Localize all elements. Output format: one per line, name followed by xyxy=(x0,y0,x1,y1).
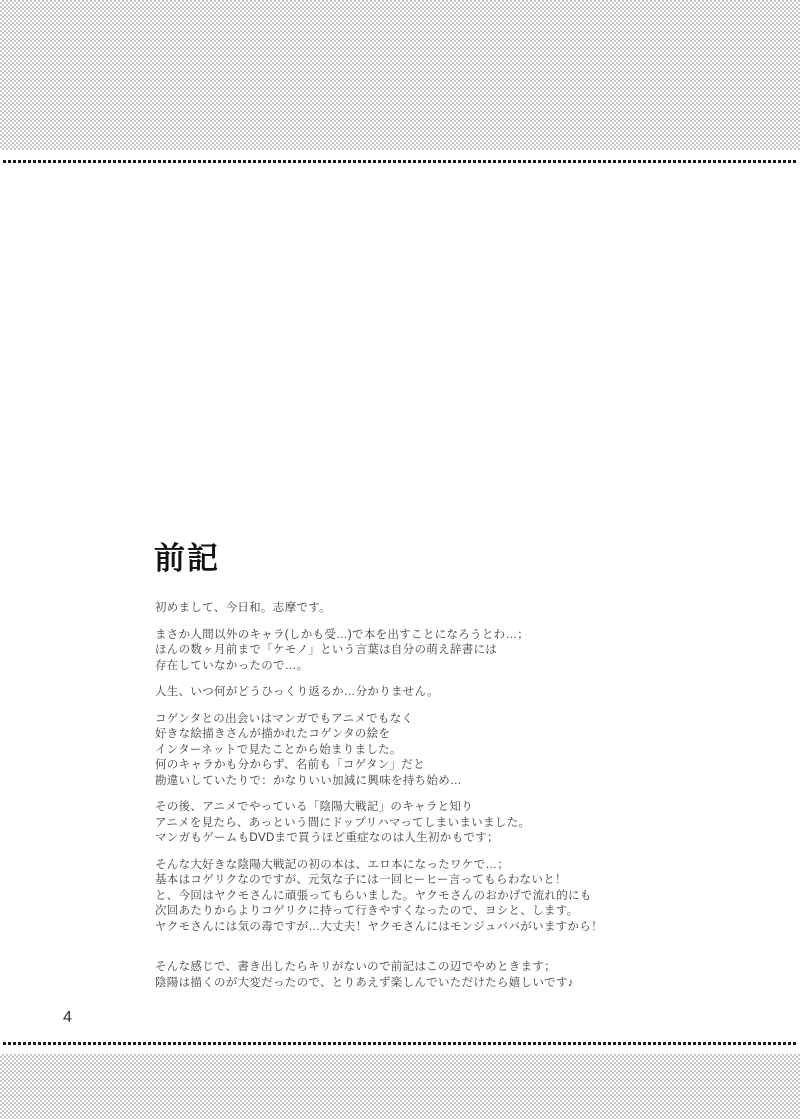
text-line: 何のキャラかも分からず、名前も「コゲタン」だと xyxy=(155,758,675,774)
text-line: 次回あたりからよりコゲリクに持って行きやすくなったので、ヨシと、します。 xyxy=(155,904,675,920)
text-line: 人生、いつ何がどうひっくり返るか…分かりません。 xyxy=(155,685,675,701)
paragraph: そんな感じで、書き出したらキリがないので前記はこの辺でやめときます；陰陽は描くの… xyxy=(155,960,675,991)
text-line: インターネットで見たことから始まりました。 xyxy=(155,743,675,759)
document-page: 前記 初めまして、今日和。志摩です。まさか人間以外のキャラ(しかも受…)で本を出… xyxy=(0,0,800,1119)
body-text: 初めまして、今日和。志摩です。まさか人間以外のキャラ(しかも受…)で本を出すこと… xyxy=(155,601,675,1002)
text-line: 基本はコゲリクなのですが、元気な子には一回ヒーヒー言ってもらわないと！ xyxy=(155,873,675,889)
paragraph: 人生、いつ何がどうひっくり返るか…分かりません。 xyxy=(155,685,675,701)
paragraph: コゲンタとの出会いはマンガでもアニメでもなく好きな絵描きさんが描かれたコゲンタの… xyxy=(155,712,675,790)
text-line: そんな大好きな陰陽大戦記の初の本は、エロ本になったワケで…； xyxy=(155,858,675,874)
page-number: 4 xyxy=(63,1008,72,1028)
dotted-separator-bottom xyxy=(3,1042,797,1045)
text-line: そんな感じで、書き出したらキリがないので前記はこの辺でやめときます； xyxy=(155,960,675,976)
paragraph: まさか人間以外のキャラ(しかも受…)で本を出すことになろうとわ…；ほんの数ヶ月前… xyxy=(155,628,675,675)
text-line: まさか人間以外のキャラ(しかも受…)で本を出すことになろうとわ…； xyxy=(155,628,675,644)
text-line: コゲンタとの出会いはマンガでもアニメでもなく xyxy=(155,712,675,728)
halftone-band-bottom xyxy=(0,1054,800,1119)
text-line: 陰陽は描くのが大変だったので、とりあえず楽しんでいただけたら嬉しいです♪ xyxy=(155,976,675,992)
text-line: 初めまして、今日和。志摩です。 xyxy=(155,601,675,617)
paragraph: そんな大好きな陰陽大戦記の初の本は、エロ本になったワケで…；基本はコゲリクなので… xyxy=(155,858,675,936)
text-line: ほんの数ヶ月前まで「ケモノ」という言葉は自分の萌え辞書には xyxy=(155,643,675,659)
paragraph: 初めまして、今日和。志摩です。 xyxy=(155,601,675,617)
text-line: マンガもゲームもDVDまで買うほど重症なのは人生初かもです； xyxy=(155,831,675,847)
text-line: その後、アニメでやっている「陰陽大戦記」のキャラと知り xyxy=(155,800,675,816)
text-line: 勘違いしていたりで：かなりいい加減に興味を持ち始め… xyxy=(155,774,675,790)
page-title: 前記 xyxy=(154,540,220,578)
text-line: 存在していなかったので…。 xyxy=(155,659,675,675)
text-line: ヤクモさんには気の毒ですが…大丈夫！ヤクモさんにはモンジュババがいますから！ xyxy=(155,920,675,936)
text-line: と、今回はヤクモさんに頑張ってもらいました。ヤクモさんのおかげで流れ的にも xyxy=(155,889,675,905)
dotted-separator-top xyxy=(3,160,797,163)
paragraph: その後、アニメでやっている「陰陽大戦記」のキャラと知りアニメを見たら、あっという… xyxy=(155,800,675,847)
halftone-band-top xyxy=(0,0,800,150)
text-line: アニメを見たら、あっという間にドップリハマってしまいまいました。 xyxy=(155,816,675,832)
text-line: 好きな絵描きさんが描かれたコゲンタの絵を xyxy=(155,727,675,743)
